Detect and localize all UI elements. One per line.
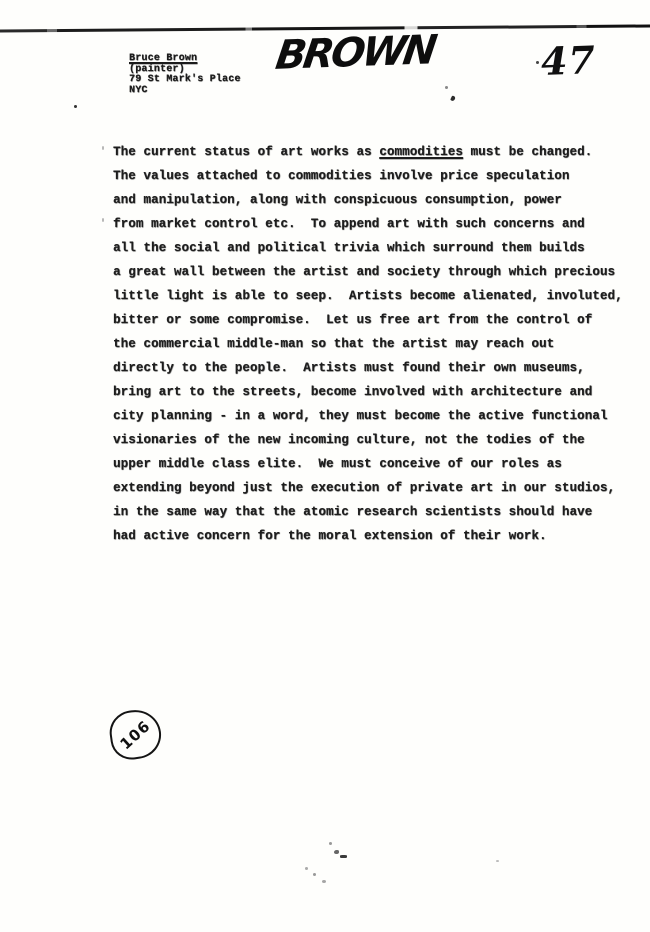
typed-text: The values attached to commodities invol… — [113, 169, 569, 183]
scan-speck — [334, 850, 339, 854]
typed-text: had active concern for the moral extensi… — [113, 529, 547, 543]
typed-text: must be changed. — [463, 145, 592, 159]
typed-line: had active concern for the moral extensi… — [113, 524, 623, 548]
typed-line: The values attached to commodities invol… — [113, 164, 623, 188]
typed-text: all the social and political trivia whic… — [113, 241, 585, 255]
scan-speck — [496, 860, 499, 862]
typed-text: NYC — [129, 85, 148, 96]
catalog-number-text: 106 — [117, 716, 155, 752]
typed-line: visionaries of the new incoming culture,… — [113, 428, 623, 452]
typed-text: directly to the people. Artists must fou… — [113, 361, 585, 375]
typed-line: directly to the people. Artists must fou… — [113, 356, 623, 380]
typed-text: little light is able to seep. Artists be… — [113, 289, 623, 303]
typed-text: The current status of art works as — [113, 145, 379, 159]
typed-text: from market control etc. To append art w… — [113, 217, 585, 231]
handwritten-page-number: 47 — [540, 37, 596, 84]
scan-speck — [305, 867, 308, 870]
typed-text: 79 St Mark's Place — [129, 74, 241, 85]
circled-catalog-number: 106 — [107, 707, 164, 763]
scan-speck — [313, 873, 316, 876]
scan-speck — [536, 61, 539, 64]
typed-line: the commercial middle-man so that the ar… — [113, 332, 623, 356]
typed-line: city planning - in a word, they must bec… — [113, 404, 623, 428]
underlined-text: Bruce Brown — [129, 53, 197, 64]
typed-line: all the social and political trivia whic… — [113, 236, 623, 260]
typed-text: the commercial middle-man so that the ar… — [113, 337, 554, 351]
typed-line: NYC — [129, 86, 241, 97]
typed-line: a great wall between the artist and soci… — [113, 260, 623, 284]
scan-speck — [445, 86, 448, 89]
scanned-document-page: { "page": { "handwritten_name": "BROWN",… — [0, 0, 650, 932]
typed-text: city planning - in a word, they must bec… — [113, 409, 608, 423]
typed-line: in the same way that the atomic research… — [113, 500, 623, 524]
typed-text: and manipulation, along with conspicuous… — [113, 193, 562, 207]
typed-text: a great wall between the artist and soci… — [113, 265, 615, 279]
scan-speck — [329, 842, 332, 845]
typed-line: bitter or some compromise. Let us free a… — [113, 308, 623, 332]
underlined-text: commodities — [379, 145, 463, 159]
scan-speck — [450, 95, 456, 101]
handwritten-name: BROWN — [273, 27, 437, 79]
typed-line: upper middle class elite. We must concei… — [113, 452, 623, 476]
scan-speck — [322, 880, 326, 883]
typed-text: (painter) — [129, 64, 185, 75]
typed-text: upper middle class elite. We must concei… — [113, 457, 562, 471]
scan-speck — [102, 146, 104, 150]
scan-speck — [102, 218, 104, 222]
scan-speck — [74, 105, 77, 108]
typed-line: from market control etc. To append art w… — [113, 212, 623, 236]
typed-line: The current status of art works as commo… — [113, 140, 623, 164]
typed-text: bitter or some compromise. Let us free a… — [113, 313, 592, 327]
typed-text: visionaries of the new incoming culture,… — [113, 433, 585, 447]
typed-text: in the same way that the atomic research… — [113, 505, 592, 519]
typed-text: extending beyond just the execution of p… — [113, 481, 615, 495]
typed-text: bring art to the streets, become involve… — [113, 385, 592, 399]
typed-line: extending beyond just the execution of p… — [113, 476, 623, 500]
typed-line: little light is able to seep. Artists be… — [113, 284, 623, 308]
typed-body-text: The current status of art works as commo… — [113, 140, 623, 548]
typed-line: and manipulation, along with conspicuous… — [113, 188, 623, 212]
scan-speck — [340, 855, 347, 858]
typed-line: bring art to the streets, become involve… — [113, 380, 623, 404]
typed-header-block: Bruce Brown(painter)79 St Mark's PlaceNY… — [129, 54, 241, 96]
